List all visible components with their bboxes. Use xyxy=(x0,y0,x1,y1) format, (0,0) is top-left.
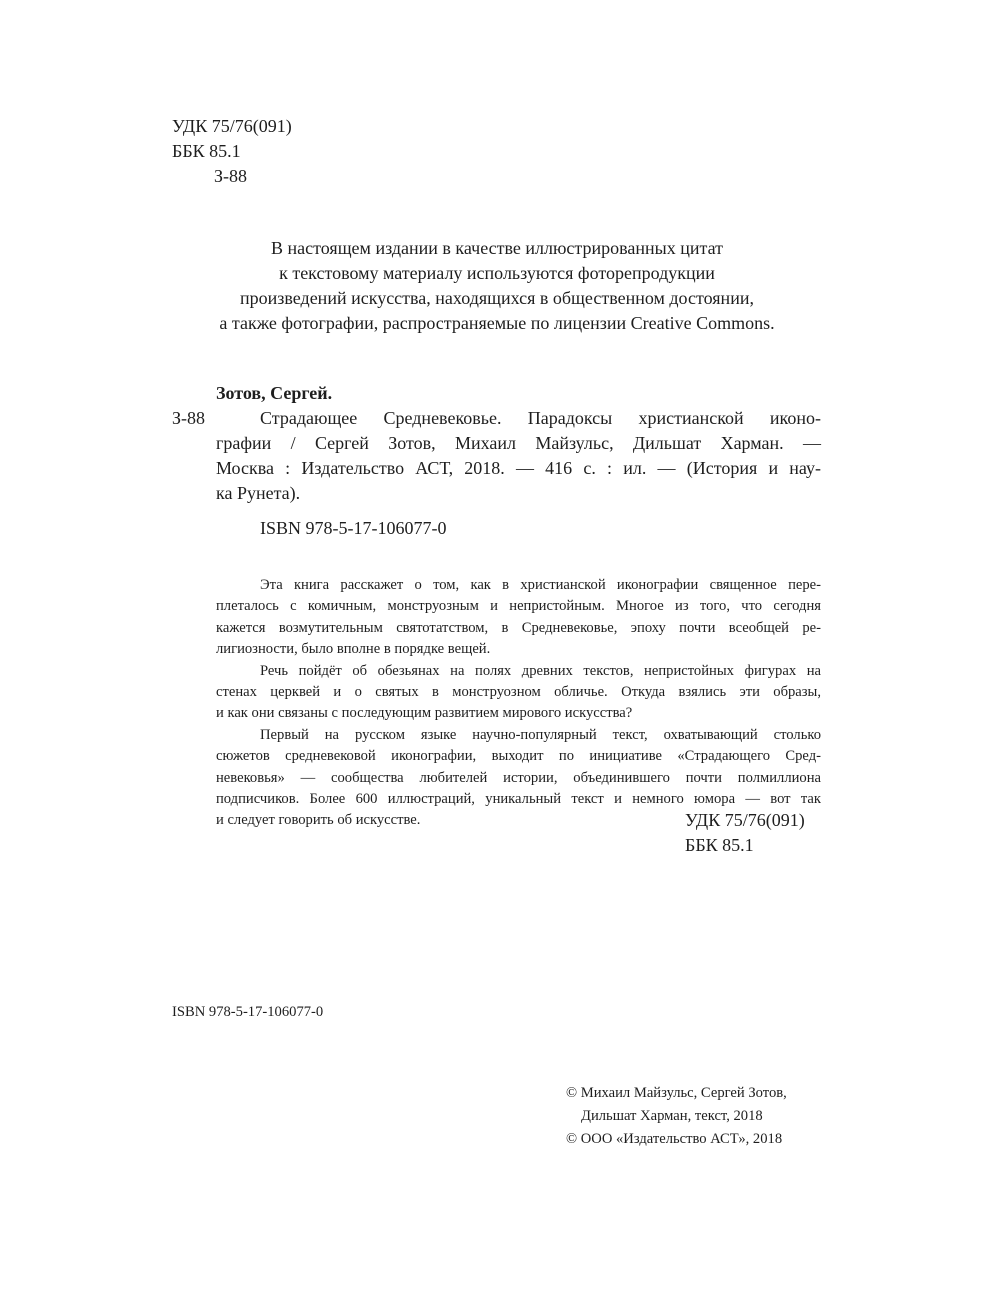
annotation-line: Речь пойдёт об обезьянах на полях древни… xyxy=(216,661,821,682)
annotation-line: плеталось с комичным, монструозным и неп… xyxy=(216,596,821,617)
record-line: ка Рунета). xyxy=(216,481,821,506)
notice-line: к текстовому материалу используются фото… xyxy=(172,261,822,286)
copyright-line-3: © ООО «Издательство АСТ», 2018 xyxy=(566,1129,782,1150)
author-mark-top: З-88 xyxy=(214,164,247,189)
udk-code-top: УДК 75/76(091) xyxy=(172,114,292,139)
catalog-author-mark: З-88 xyxy=(172,406,205,431)
annotation-line: лигиозности, было вполне в порядке вещей… xyxy=(216,639,821,660)
record-line: Москва : Издательство АСТ, 2018. — 416 с… xyxy=(216,456,821,481)
record-line: Страдающее Средневековье. Парадоксы хрис… xyxy=(216,406,821,431)
notice-line: В настоящем издании в качестве иллюстрир… xyxy=(172,236,822,261)
copyright-line-2: Дильшат Харман, текст, 2018 xyxy=(581,1106,763,1127)
udk-code-bottom: УДК 75/76(091) xyxy=(685,808,805,833)
notice-line: произведений искусства, находящихся в об… xyxy=(172,286,822,311)
catalog-author-heading: Зотов, Сергей. xyxy=(216,381,332,406)
annotation-line: стенах церквей и о святых в монструозном… xyxy=(216,682,821,703)
bbk-code-bottom: ББК 85.1 xyxy=(685,833,754,858)
annotation-paragraph: Речь пойдёт об обезьянах на полях древни… xyxy=(216,661,821,725)
annotation-line: Эта книга расскажет о том, как в христиа… xyxy=(216,575,821,596)
illustration-notice: В настоящем издании в качестве иллюстрир… xyxy=(172,236,822,336)
annotation-line: Первый на русском языке научно-популярны… xyxy=(216,725,821,746)
record-line: графии / Сергей Зотов, Михаил Майзульс, … xyxy=(216,431,821,456)
notice-line: а также фотографии, распространяемые по … xyxy=(172,311,822,336)
bbk-code-top: ББК 85.1 xyxy=(172,139,241,164)
catalog-isbn: ISBN 978-5-17-106077-0 xyxy=(260,516,447,541)
catalog-record: Страдающее Средневековье. Парадоксы хрис… xyxy=(216,406,821,506)
annotation-line: кажется возмутительным святотатством, в … xyxy=(216,618,821,639)
annotation-paragraph: Эта книга расскажет о том, как в христиа… xyxy=(216,575,821,661)
annotation-line: и как они связаны с последующим развитие… xyxy=(216,703,821,724)
isbn-footer: ISBN 978-5-17-106077-0 xyxy=(172,1002,323,1023)
annotation-line: сюжетов средневековой иконографии, выход… xyxy=(216,746,821,767)
annotation: Эта книга расскажет о том, как в христиа… xyxy=(216,575,821,832)
annotation-line: невековья» — сообщества любителей истори… xyxy=(216,768,821,789)
copyright-line-1: © Михаил Майзульс, Сергей Зотов, xyxy=(566,1083,787,1104)
